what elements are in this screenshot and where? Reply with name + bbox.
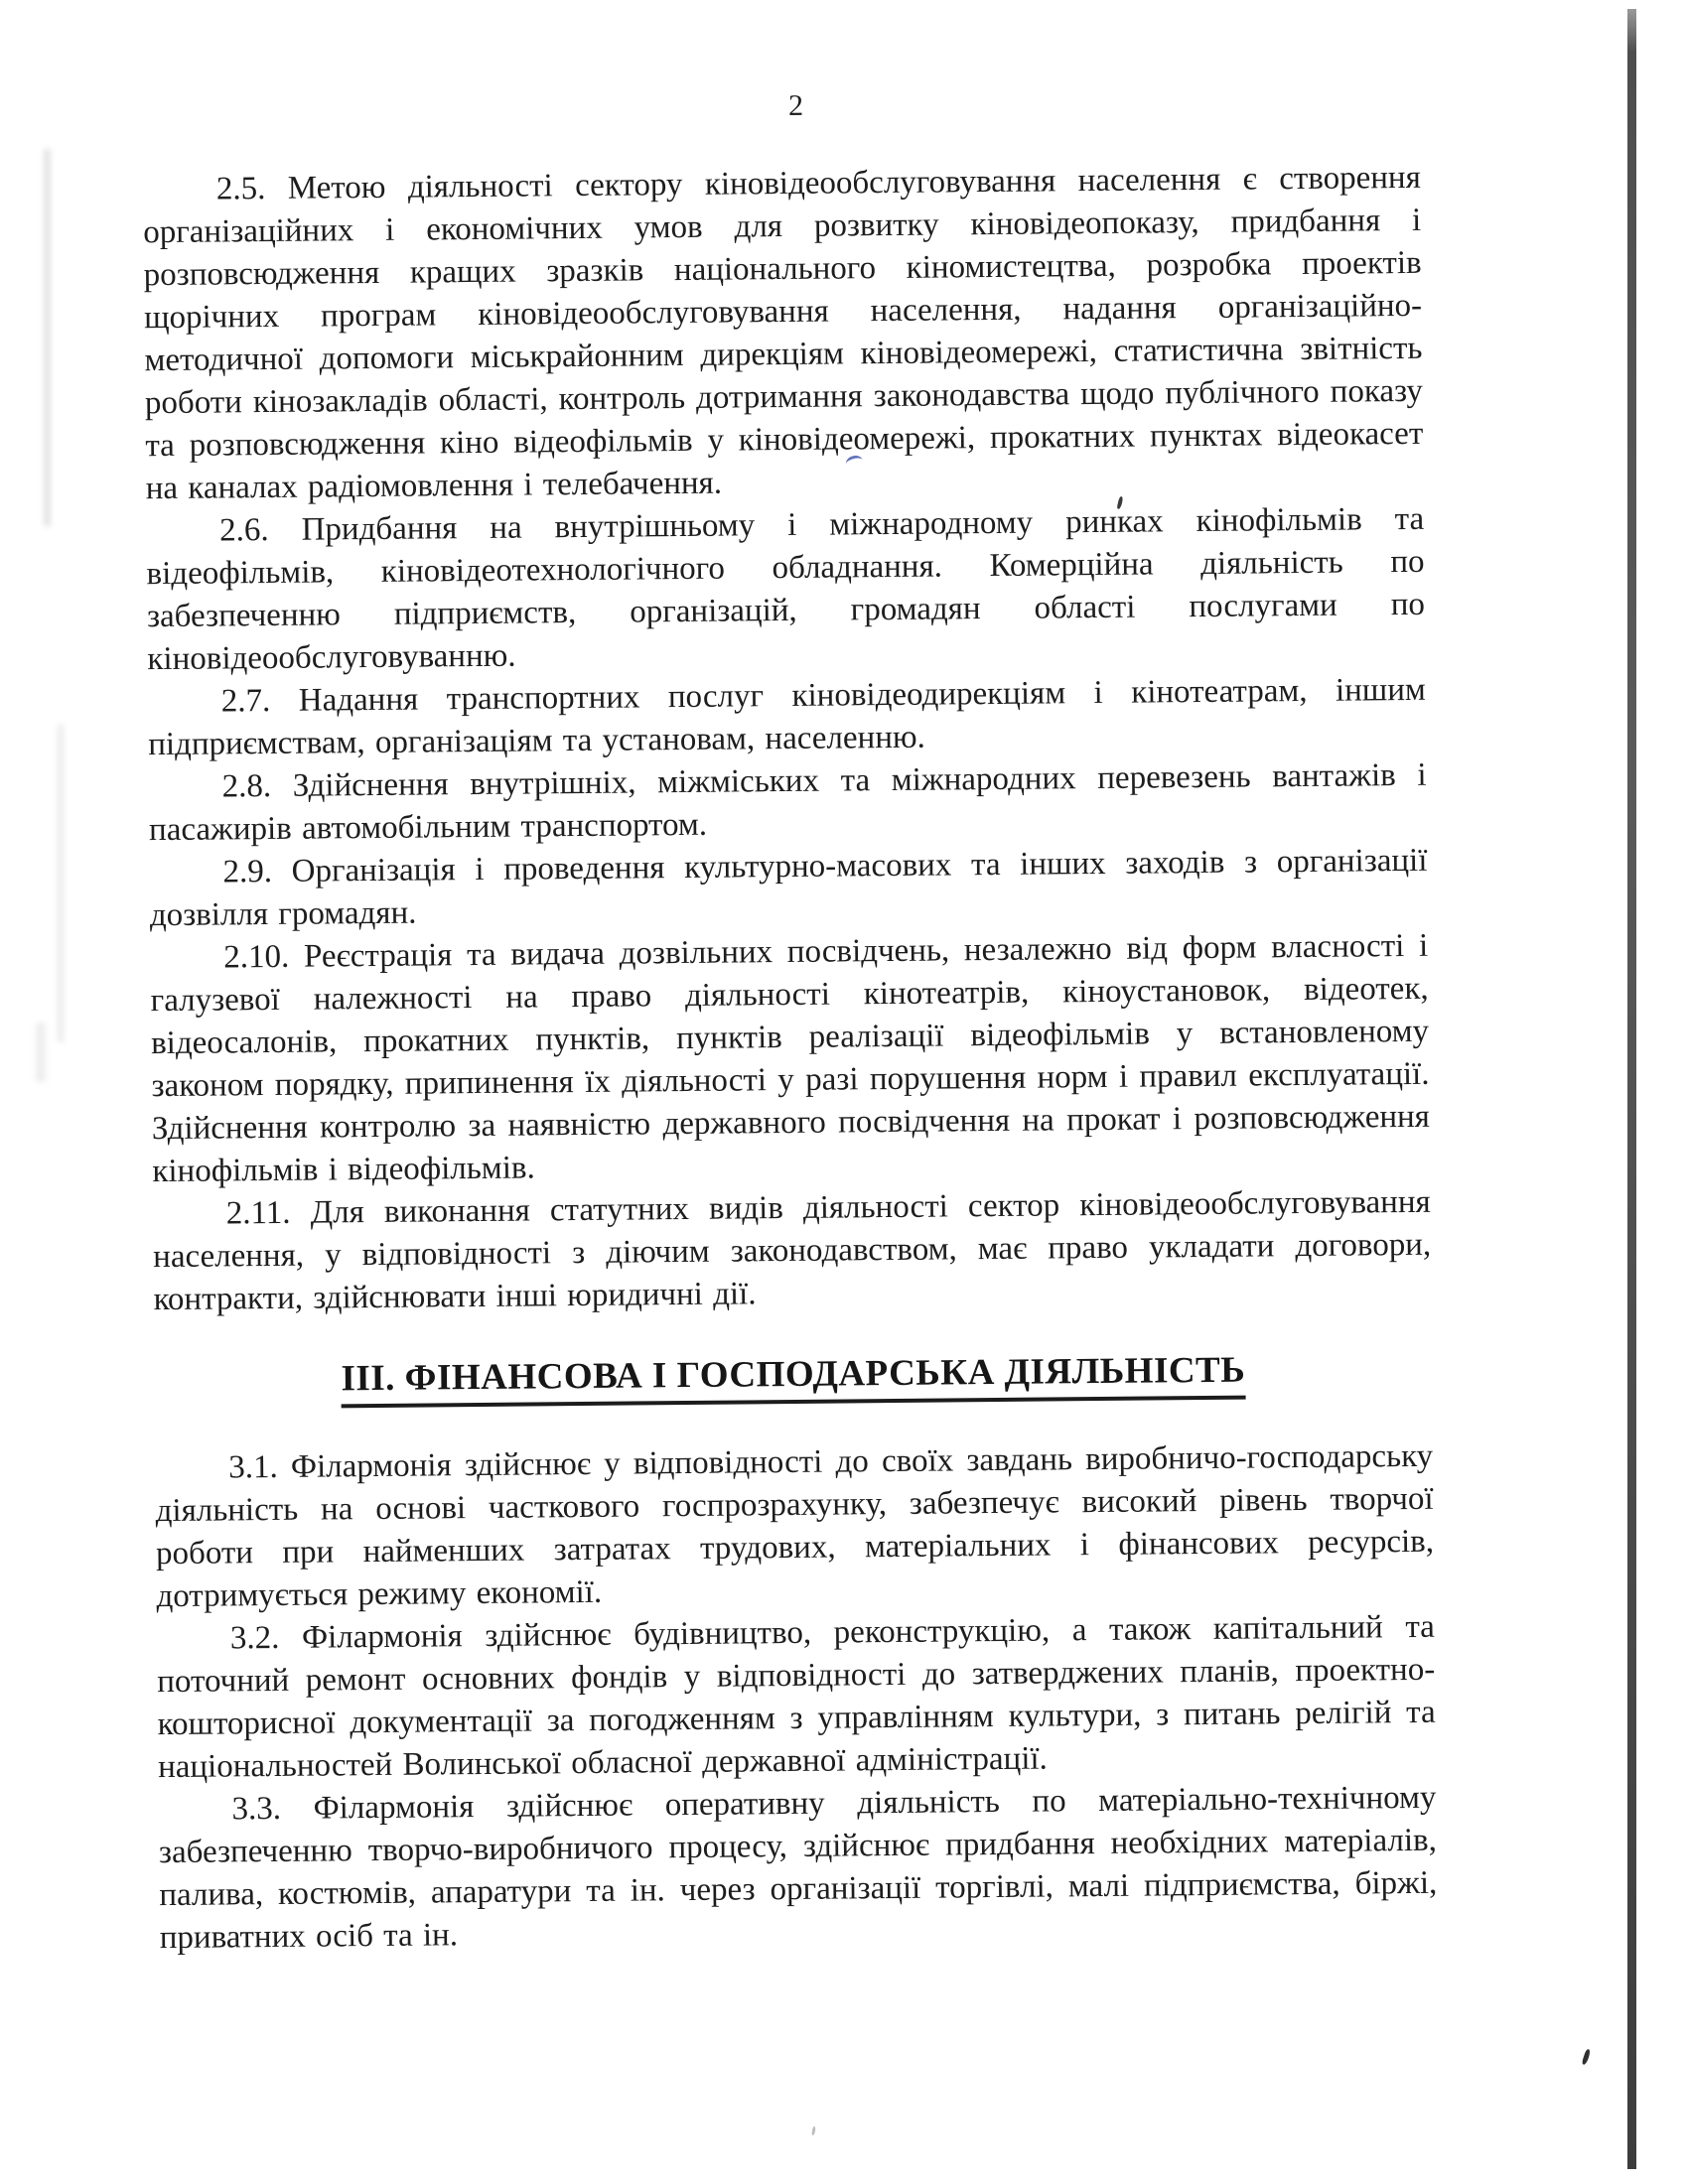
scan-edge-line xyxy=(1627,9,1636,2169)
section-3-heading: ІІІ. ФІНАНСОВА І ГОСПОДАРСЬКА ДІЯЛЬНІСТЬ xyxy=(154,1347,1432,1402)
scan-smudge xyxy=(36,1023,46,1082)
paragraph-2-8: 2.8. Здійснення внутрішніх, міжміських т… xyxy=(148,754,1427,852)
paragraph-2-7: 2.7. Надання транспортних послуг кіновід… xyxy=(148,669,1427,766)
paragraph-2-9: 2.9. Організація і проведення культурно-… xyxy=(149,840,1428,937)
scan-smudge xyxy=(44,149,51,526)
paragraph-2-11: 2.11. Для виконання статутних видів діял… xyxy=(153,1181,1432,1321)
scan-speck xyxy=(1582,2049,1592,2066)
scan-smudge xyxy=(58,725,64,1042)
paragraph-2-5: 2.5. Метою діяльності сектору кіновідеоо… xyxy=(143,157,1424,510)
document-content: 2 2.5. Метою діяльності сектору кіновіде… xyxy=(141,0,1438,1960)
paragraph-2-6: 2.6. Придбання на внутрішньому і міжнаро… xyxy=(146,498,1426,681)
section-3-heading-text: ІІІ. ФІНАНСОВА І ГОСПОДАРСЬКА ДІЯЛЬНІСТЬ xyxy=(341,1350,1245,1409)
page-number: 2 xyxy=(171,0,1420,129)
paragraph-3-1: 3.1. Філармонія здійснює у відповідності… xyxy=(155,1435,1435,1618)
document-page: 2 2.5. Метою діяльності сектору кіновіде… xyxy=(0,0,1688,2184)
paragraph-3-2: 3.2. Філармонія здійснює будівництво, ре… xyxy=(157,1606,1437,1789)
paragraph-2-10: 2.10. Реєстрація та видача дозвільних по… xyxy=(150,925,1430,1193)
paragraph-3-3: 3.3. Філармонія здійснює оперативну діял… xyxy=(158,1777,1438,1960)
scan-speck xyxy=(811,2126,816,2135)
